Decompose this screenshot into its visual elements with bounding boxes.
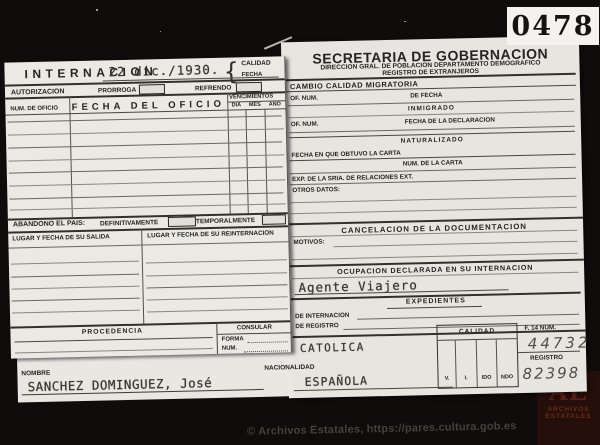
calidad-grid-label: CALIDAD [437, 327, 516, 336]
registro-value: 82398 [522, 364, 580, 383]
lugar-reinternacion-label: LUGAR Y FECHA DE SU REINTERNACION [147, 230, 274, 240]
de-fecha-label: DE FECHA [410, 92, 442, 100]
calidad-col-ido: IDO [477, 375, 497, 381]
motivos-label: MOTIVOS: [293, 238, 324, 246]
prorroga-checkbox [139, 84, 165, 95]
ano-label: AÑO [264, 101, 285, 107]
religion-value: CATOLICA [300, 341, 365, 355]
document-stack: SECRETARIA DE GOBERNACION DIRECCION GRAL… [0, 0, 600, 445]
archive-number-stamp: 0478 [507, 7, 599, 45]
calidad-label: CALIDAD [241, 60, 270, 68]
definitivamente-label: DEFINITIVAMENTE [100, 219, 159, 227]
registro-label: REGISTRO [530, 354, 563, 362]
calidad-col-i: I. [456, 375, 477, 381]
f14-num-label: F. 14 NUM. [524, 324, 556, 332]
lugar-salida-label: LUGAR Y FECHA DE SU SALIDA [12, 233, 110, 242]
temporalmente-checkbox [262, 214, 286, 225]
oficio-row-rule [8, 115, 282, 122]
nombre-label: NOMBRE [21, 370, 50, 378]
otros-datos-label: OTROS DATOS: [292, 186, 340, 194]
definitivamente-checkbox [168, 216, 196, 227]
mes-label: MES [245, 102, 264, 108]
num-oficio-label: NUM. DE OFICIO [10, 105, 58, 112]
fecha-internacion-value: 22 dic./1930. [108, 62, 219, 80]
prorroga-label: PRORROGA [98, 87, 136, 95]
left-internacion-card: INTERNACION { CALIDAD FECHA 22 dic./1930… [4, 56, 292, 358]
archive-number: 0478 [511, 11, 594, 42]
calidad-grid: CALIDAD V. I. IDO NDO [436, 323, 518, 389]
consular-box: CONSULAR FORMA NUM. [216, 320, 292, 354]
refrendo-label: REFRENDO [195, 85, 232, 93]
of-num2-label: OF. NUM. [291, 121, 319, 129]
consular-label: CONSULAR [217, 323, 291, 332]
dia-label: DIA [227, 102, 245, 108]
nacionalidad-value: ESPAÑOLA [304, 373, 368, 388]
forma-dotted-line [248, 335, 288, 343]
num-dotted-line [244, 344, 288, 352]
of-num-label: OF. NUM. [290, 95, 318, 103]
nacionalidad-label: NACIONALIDAD [264, 364, 314, 372]
autorizacion-label: AUTORIZACION [11, 88, 65, 96]
forma-label: FORMA [222, 336, 244, 342]
consular-num-label: NUM. [222, 345, 237, 351]
abandono-pais-label: ABANDONO EL PAIS: [13, 220, 85, 229]
right-registration-card: SECRETARIA DE GOBERNACION DIRECCION GRAL… [281, 36, 587, 399]
refrendo-checkbox [236, 82, 262, 93]
calidad-col-ndo: NDO [497, 374, 518, 380]
scanned-archive-photo: { "archive": { "doc_number": "0478", "wa… [0, 0, 600, 445]
temporalmente-label: TEMPORALMENTE [196, 217, 255, 225]
f14-num-value: 44732 [528, 333, 591, 352]
calidad-col-v: V. [439, 376, 456, 382]
de-registro-label: DE REGISTRO [295, 322, 339, 330]
vencimientos-label: VENCIMIENTOS [229, 94, 273, 101]
de-internacion-label: DE INTERNACION [295, 312, 349, 320]
fecha-declaracion-label: FECHA DE LA DECLARACION [405, 117, 495, 126]
